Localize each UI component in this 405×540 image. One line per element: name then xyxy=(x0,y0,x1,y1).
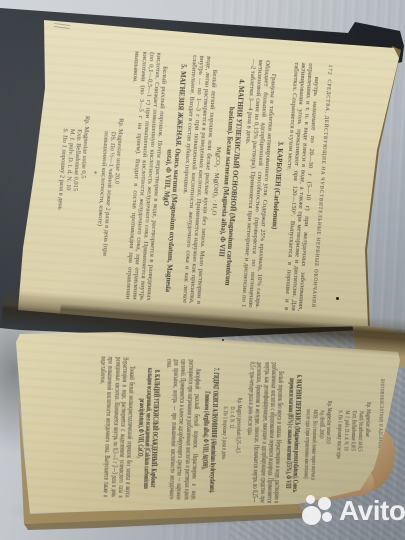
photo-vignette xyxy=(0,0,405,540)
photo-of-open-book: 172 СРЕДСТВА, ДЕЙСТВУЮЩИЕ НА ЧУВСТВИТЕЛЬ… xyxy=(0,0,405,540)
avito-dot-bottom-right xyxy=(322,512,332,522)
avito-dot-top-right xyxy=(318,497,331,510)
avito-watermark: Avito xyxy=(299,492,405,529)
avito-wordmark: Avito xyxy=(339,492,405,529)
avito-logo-icon xyxy=(299,492,336,529)
avito-dot-bottom-left xyxy=(302,506,321,525)
avito-dot-top-left xyxy=(306,495,315,504)
